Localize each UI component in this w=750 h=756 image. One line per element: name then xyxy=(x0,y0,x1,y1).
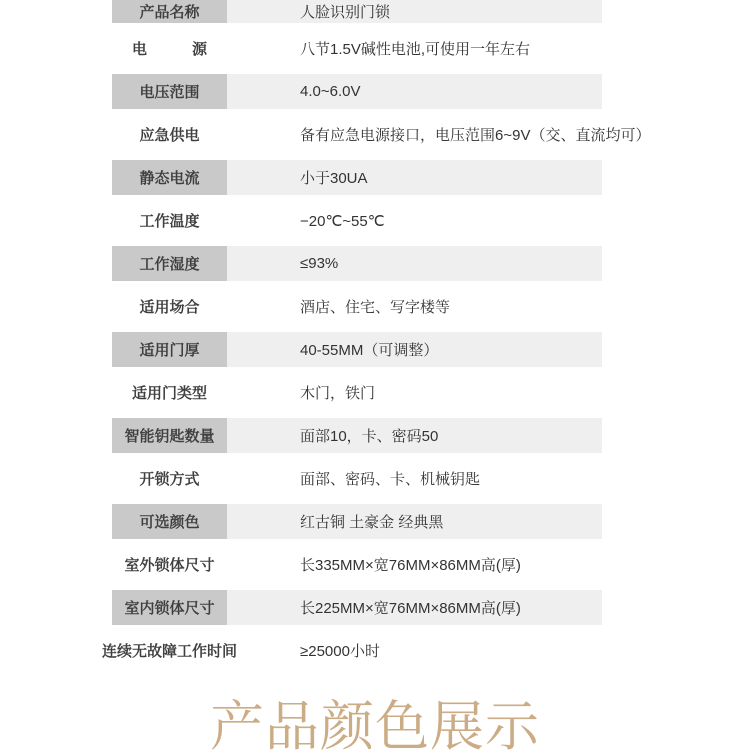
spec-row: 静态电流 小于30UA xyxy=(0,156,750,199)
spec-row: 适用场合 酒店、住宅、写字楼等 xyxy=(0,285,750,328)
spec-row-band: 连续无故障工作时间 ≥25000小时 xyxy=(112,633,602,668)
spec-row: 适用门厚 40-55MM（可调整） xyxy=(0,328,750,371)
spec-row-band: 电压范围 4.0~6.0V xyxy=(112,74,602,109)
spec-row-band: 应急供电 备有应急电源接口，电压范围6~9V（交、直流均可） xyxy=(112,117,602,152)
spec-label: 工作湿度 xyxy=(112,246,227,281)
spec-label: 室内锁体尺寸 xyxy=(112,590,227,625)
spec-row: 产品名称 人脸识别门锁 xyxy=(0,0,750,23)
spec-row-band: 智能钥匙数量 面部10，卡、密码50 xyxy=(112,418,602,453)
spec-value: 长335MM×宽76MM×86MM高(厚) xyxy=(227,547,602,582)
spec-label: 适用场合 xyxy=(112,289,227,324)
spec-value: 40-55MM（可调整） xyxy=(227,332,602,367)
spec-value: 八节1.5V碱性电池,可使用一年左右 xyxy=(227,31,602,66)
spec-row: 工作温度 −20℃~55℃ xyxy=(0,199,750,242)
spec-row-band: 适用场合 酒店、住宅、写字楼等 xyxy=(112,289,602,324)
section-heading-product-colors: 产品颜色展示 xyxy=(0,698,750,756)
spec-label: 智能钥匙数量 xyxy=(112,418,227,453)
spec-label: 工作温度 xyxy=(112,203,227,238)
spec-label: 开锁方式 xyxy=(112,461,227,496)
spec-label: 适用门类型 xyxy=(112,375,227,410)
spec-label: 应急供电 xyxy=(112,117,227,152)
spec-row-band: 电 源 八节1.5V碱性电池,可使用一年左右 xyxy=(112,31,602,66)
spec-row: 电 源 八节1.5V碱性电池,可使用一年左右 xyxy=(0,27,750,70)
spec-row-band: 室内锁体尺寸 长225MM×宽76MM×86MM高(厚) xyxy=(112,590,602,625)
spec-label: 室外锁体尺寸 xyxy=(112,547,227,582)
spec-value: 面部10，卡、密码50 xyxy=(227,418,602,453)
spec-value: 面部、密码、卡、机械钥匙 xyxy=(227,461,602,496)
spec-value: 木门，铁门 xyxy=(227,375,602,410)
spec-value: 长225MM×宽76MM×86MM高(厚) xyxy=(227,590,602,625)
spec-value: ≤93% xyxy=(227,246,602,281)
spec-row: 室外锁体尺寸 长335MM×宽76MM×86MM高(厚) xyxy=(0,543,750,586)
spec-row-band: 静态电流 小于30UA xyxy=(112,160,602,195)
spec-row: 开锁方式 面部、密码、卡、机械钥匙 xyxy=(0,457,750,500)
spec-label: 静态电流 xyxy=(112,160,227,195)
spec-row-band: 室外锁体尺寸 长335MM×宽76MM×86MM高(厚) xyxy=(112,547,602,582)
spec-row: 室内锁体尺寸 长225MM×宽76MM×86MM高(厚) xyxy=(0,586,750,629)
spec-label: 连续无故障工作时间 xyxy=(112,633,227,668)
spec-row: 可选颜色 红古铜 土豪金 经典黑 xyxy=(0,500,750,543)
spec-row-band: 产品名称 人脸识别门锁 xyxy=(112,0,602,23)
spec-label: 产品名称 xyxy=(112,0,227,23)
spec-label: 适用门厚 xyxy=(112,332,227,367)
spec-value: 小于30UA xyxy=(227,160,602,195)
spec-value: 4.0~6.0V xyxy=(227,74,602,109)
spec-label: 电 源 xyxy=(112,31,227,66)
spec-row: 应急供电 备有应急电源接口，电压范围6~9V（交、直流均可） xyxy=(0,113,750,156)
spec-row: 智能钥匙数量 面部10，卡、密码50 xyxy=(0,414,750,457)
spec-row-band: 适用门厚 40-55MM（可调整） xyxy=(112,332,602,367)
spec-row-band: 开锁方式 面部、密码、卡、机械钥匙 xyxy=(112,461,602,496)
spec-value: ≥25000小时 xyxy=(227,633,602,668)
spec-row: 电压范围 4.0~6.0V xyxy=(0,70,750,113)
spec-row: 连续无故障工作时间 ≥25000小时 xyxy=(0,629,750,672)
spec-row: 适用门类型 木门，铁门 xyxy=(0,371,750,414)
spec-row-band: 可选颜色 红古铜 土豪金 经典黑 xyxy=(112,504,602,539)
product-spec-page: 产品名称 人脸识别门锁 电 源 八节1.5V碱性电池,可使用一年左右 电压范围 … xyxy=(0,0,750,756)
spec-value: 人脸识别门锁 xyxy=(227,0,602,23)
spec-label: 电压范围 xyxy=(112,74,227,109)
spec-value: 备有应急电源接口，电压范围6~9V（交、直流均可） xyxy=(227,117,650,152)
spec-value: 红古铜 土豪金 经典黑 xyxy=(227,504,602,539)
spec-row: 工作湿度 ≤93% xyxy=(0,242,750,285)
spec-row-band: 适用门类型 木门，铁门 xyxy=(112,375,602,410)
spec-row-band: 工作湿度 ≤93% xyxy=(112,246,602,281)
spec-value: 酒店、住宅、写字楼等 xyxy=(227,289,602,324)
spec-label: 可选颜色 xyxy=(112,504,227,539)
spec-value: −20℃~55℃ xyxy=(227,203,602,238)
spec-table: 产品名称 人脸识别门锁 电 源 八节1.5V碱性电池,可使用一年左右 电压范围 … xyxy=(0,0,750,672)
spec-row-band: 工作温度 −20℃~55℃ xyxy=(112,203,602,238)
